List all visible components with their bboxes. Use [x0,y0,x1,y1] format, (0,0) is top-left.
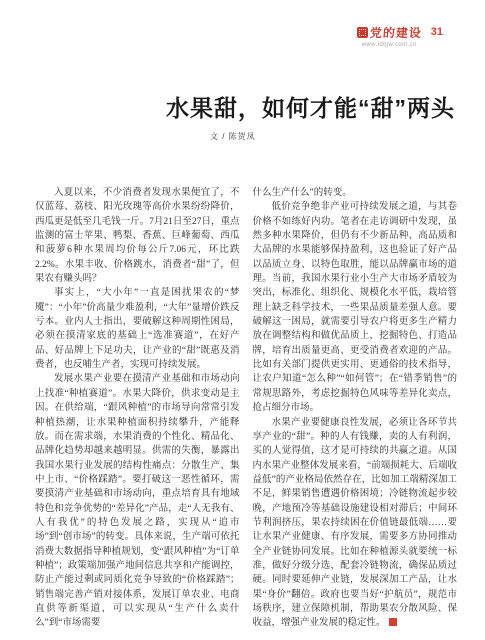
page-header: 党的建设 www.ldbjw.com.cn 31 [357,24,443,48]
article-body: 入夏以来，不少消费者发现水果便宜了，不仅蓝莓、荔枝、阳光玫瑰等高价水果纷纷降价，… [35,186,457,631]
magazine-url: www.ldbjw.com.cn [362,42,417,48]
page-number: 31 [431,26,443,38]
paragraph: 水果产业要健康良性发展，必须让各环节共享产业的“甜”。种的人有钱赚，卖的人有利润… [253,416,458,631]
logo-seal-icon [357,27,368,38]
magazine-page: 党的建设 www.ldbjw.com.cn 31 水果甜，如何才能“甜”两头 文… [0,0,485,640]
article-byline: 文 / 陈贺凤 [210,131,256,142]
left-column: 入夏以来，不少消费者发现水果便宜了，不仅蓝莓、荔枝、阳光玫瑰等高价水果纷纷降价，… [35,186,240,631]
right-column: 什么生产什么”的转变。 低价竞争绝非产业可持续发展之道，与其卷价格不如练好内功。… [253,186,458,631]
paragraph: 事实上，“大小年”一直是困扰果农的“梦魇”：“小年”价高量少难盈利，“大年”量增… [35,286,240,372]
magazine-logo: 党的建设 [369,24,422,41]
paragraph: 发展水果产业要在摸清产业基础和市场动向上找准“种植赛道”。水果大降价，供求变动是… [35,372,240,630]
article-end-mark-icon [389,618,397,626]
paragraph: 入夏以来，不少消费者发现水果便宜了，不仅蓝莓、荔枝、阳光玫瑰等高价水果纷纷降价，… [35,186,240,286]
paragraph: 低价竞争绝非产业可持续发展之道，与其卷价格不如练好内功。笔者在走访调研中发现，虽… [253,200,458,415]
article-title: 水果甜，如何才能“甜”两头 [0,90,455,123]
magazine-logo-block: 党的建设 www.ldbjw.com.cn [357,24,422,48]
paragraph-text: 水果产业要健康良性发展，必须让各环节共享产业的“甜”。种的人有钱赚，卖的人有利润… [253,418,458,629]
paragraph-continuation: 什么生产什么”的转变。 [253,186,458,200]
